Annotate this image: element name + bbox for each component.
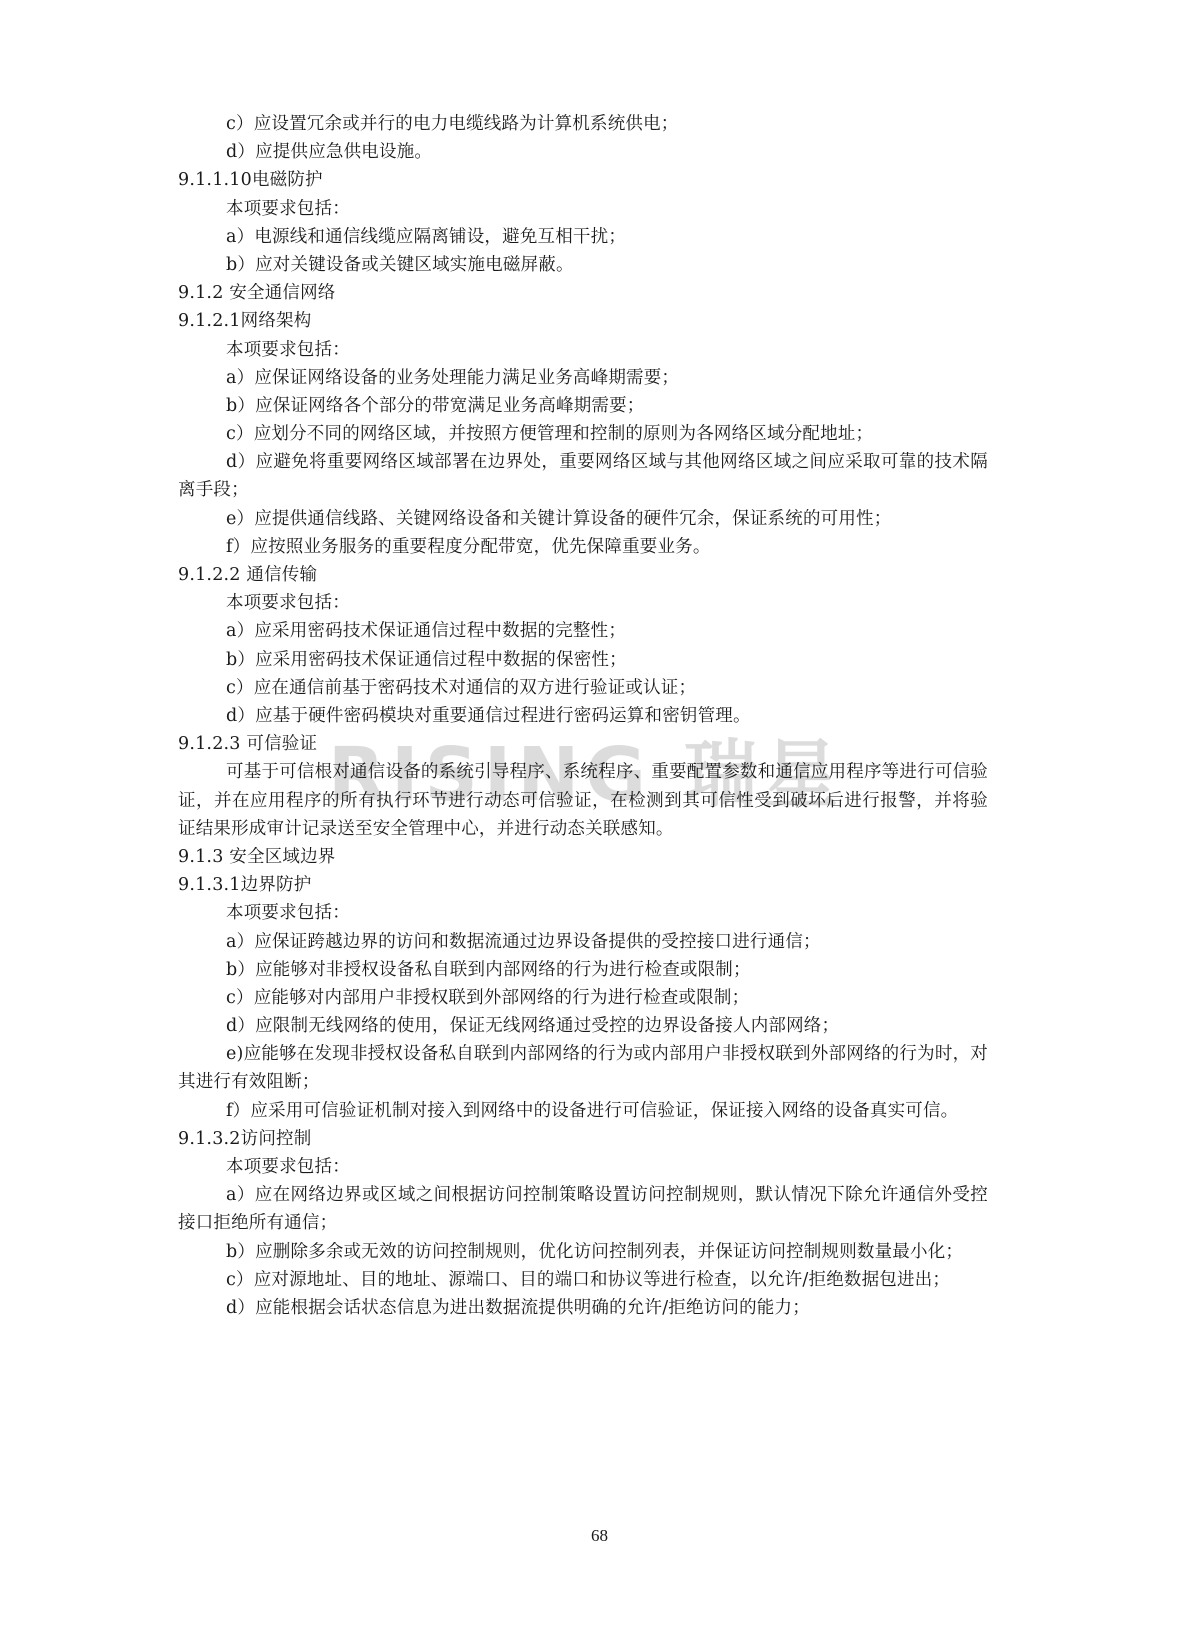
list-item: a）应保证网络设备的业务处理能力满足业务高峰期需要； [178, 364, 988, 392]
section-heading: 9.1.2.3 可信验证 [178, 730, 988, 758]
list-item: f）应按照业务服务的重要程度分配带宽，优先保障重要业务。 [178, 533, 988, 561]
list-item: d）应提供应急供电设施。 [178, 138, 988, 166]
list-item: e)应能够在发现非授权设备私自联到内部网络的行为或内部用户非授权联到外部网络的行… [178, 1040, 988, 1096]
list-item: c）应设置冗余或并行的电力电缆线路为计算机系统供电； [178, 110, 988, 138]
section-heading: 9.1.3.1边界防护 [178, 871, 988, 899]
intro-text: 本项要求包括： [178, 1153, 988, 1181]
document-body: c）应设置冗余或并行的电力电缆线路为计算机系统供电； d）应提供应急供电设施。 … [178, 110, 988, 1322]
section-heading: 9.1.2.2 通信传输 [178, 561, 988, 589]
list-item: b）应保证网络各个部分的带宽满足业务高峰期需要； [178, 392, 988, 420]
document-page: RISING 瑞星 c）应设置冗余或并行的电力电缆线路为计算机系统供电； d）应… [0, 0, 1199, 1627]
section-heading: 9.1.2.1网络架构 [178, 307, 988, 335]
body-paragraph: 可基于可信根对通信设备的系统引导程序、系统程序、重要配置参数和通信应用程序等进行… [178, 758, 988, 843]
list-item: b）应能够对非授权设备私自联到内部网络的行为进行检查或限制； [178, 956, 988, 984]
list-item: c）应划分不同的网络区域，并按照方便管理和控制的原则为各网络区域分配地址； [178, 420, 988, 448]
list-item: c）应能够对内部用户非授权联到外部网络的行为进行检查或限制； [178, 984, 988, 1012]
list-item: d）应避免将重要网络区域部署在边界处，重要网络区域与其他网络区域之间应采取可靠的… [178, 448, 988, 504]
list-item: d）应基于硬件密码模块对重要通信过程进行密码运算和密钥管理。 [178, 702, 988, 730]
intro-text: 本项要求包括： [178, 336, 988, 364]
list-item: d）应能根据会话状态信息为进出数据流提供明确的允许/拒绝访问的能力； [178, 1294, 988, 1322]
list-item: b）应对关键设备或关键区域实施电磁屏蔽。 [178, 251, 988, 279]
intro-text: 本项要求包括： [178, 899, 988, 927]
list-item: b）应采用密码技术保证通信过程中数据的保密性； [178, 646, 988, 674]
section-heading: 9.1.2 安全通信网络 [178, 279, 988, 307]
section-heading: 9.1.1.10电磁防护 [178, 166, 988, 194]
list-item: a）应采用密码技术保证通信过程中数据的完整性； [178, 617, 988, 645]
section-heading: 9.1.3 安全区域边界 [178, 843, 988, 871]
list-item: c）应对源地址、目的地址、源端口、目的端口和协议等进行检查，以允许/拒绝数据包进… [178, 1266, 988, 1294]
list-item: a）应保证跨越边界的访问和数据流通过边界设备提供的受控接口进行通信； [178, 928, 988, 956]
list-item: e）应提供通信线路、关键网络设备和关键计算设备的硬件冗余，保证系统的可用性； [178, 505, 988, 533]
list-item: b）应删除多余或无效的访问控制规则，优化访问控制列表，并保证访问控制规则数量最小… [178, 1238, 988, 1266]
list-item: c）应在通信前基于密码技术对通信的双方进行验证或认证； [178, 674, 988, 702]
list-item: d）应限制无线网络的使用，保证无线网络通过受控的边界设备接人内部网络； [178, 1012, 988, 1040]
list-item: a）应在网络边界或区域之间根据访问控制策略设置访问控制规则，默认情况下除允许通信… [178, 1181, 988, 1237]
page-number: 68 [0, 1526, 1199, 1546]
section-heading: 9.1.3.2访问控制 [178, 1125, 988, 1153]
list-item: a）电源线和通信线缆应隔离铺设，避免互相干扰； [178, 223, 988, 251]
intro-text: 本项要求包括： [178, 589, 988, 617]
intro-text: 本项要求包括： [178, 195, 988, 223]
list-item: f）应采用可信验证机制对接入到网络中的设备进行可信验证，保证接入网络的设备真实可… [178, 1097, 988, 1125]
